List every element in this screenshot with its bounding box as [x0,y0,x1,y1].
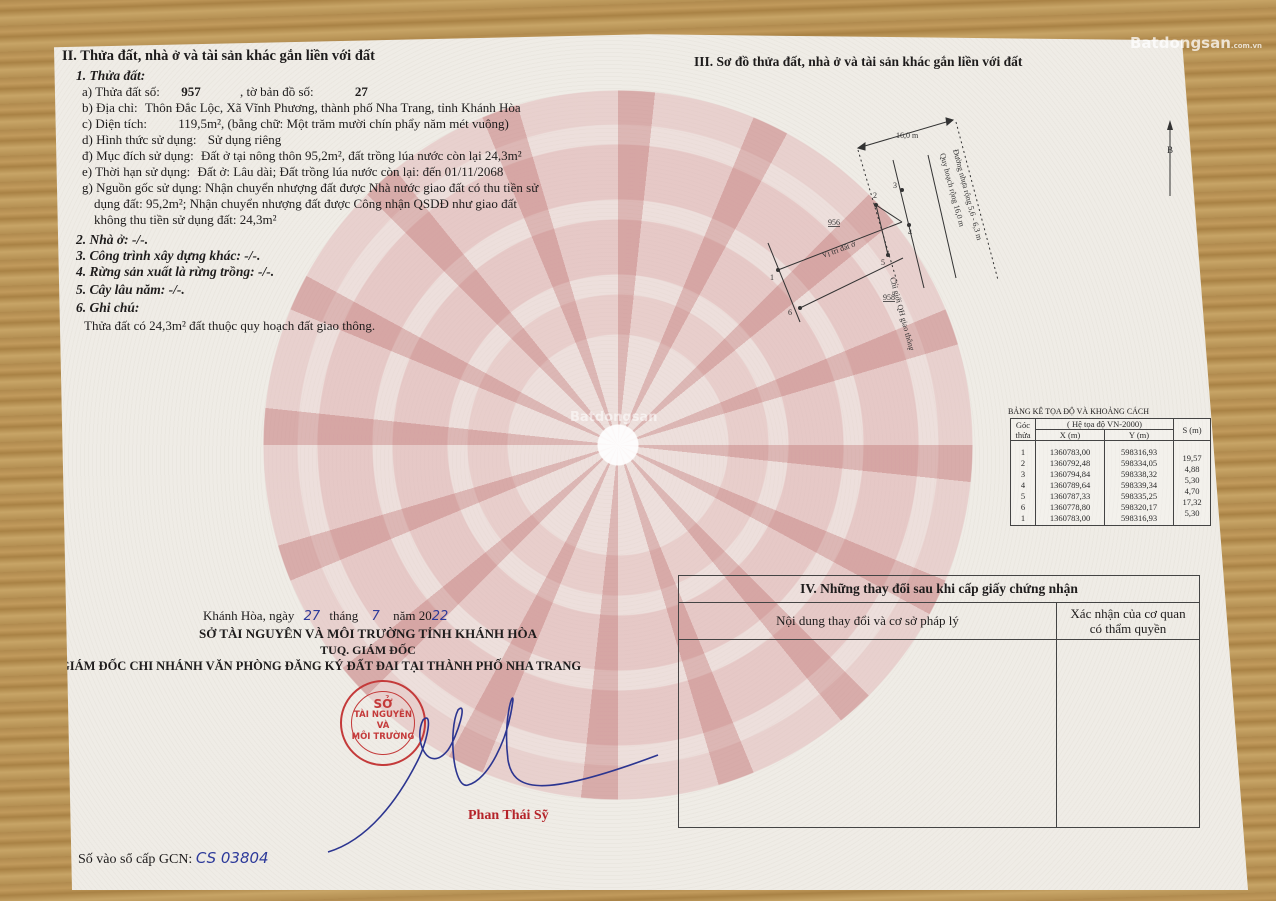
road-width-label: 16,0 m [896,131,919,140]
table-row: 1 2 3 4 5 6 1 1360783,00 1360792,48 1360… [1011,441,1211,526]
note-text: Thửa đất có 24,3m² đất thuộc quy hoạch đ… [84,318,375,334]
item-planted-forest: 4. Rừng sản xuất là rừng trồng: -/-. [76,264,274,280]
col-header-y: Y (m) [1105,430,1174,441]
authority-proxy: TUQ. GIÁM ĐỐC [88,642,648,658]
map-sheet-number: 27 [355,84,368,99]
col-header-corner: Góc thửa [1011,419,1036,441]
address-row: b) Địa chỉ: Thôn Đắc Lộc, Xã Vĩnh Phương… [82,100,521,116]
authority-branch-director: GIÁM ĐỐC CHI NHÁNH VĂN PHÒNG ĐĂNG KÝ ĐẤT… [60,658,581,674]
origin-line-1: g) Nguồn gốc sử dụng: Nhận chuyển nhượng… [82,180,538,196]
area-value: 119,5m², (bằng chữ: Một trăm mười chín p… [178,116,509,131]
issue-date-line: Khánh Hòa, ngày 27 tháng 7 năm 2022 [203,608,448,625]
land-certificate-page: II. Thửa đất, nhà ở và tài sản khác gắn … [48,30,1248,890]
parcel-heading: 1. Thửa đất: [76,68,145,84]
point-5-label: 5 [881,258,885,267]
section-iii-title: III. Sơ đồ thửa đất, nhà ở và tài sản kh… [694,54,1022,70]
point-3-label: 3 [893,181,897,190]
area-row: c) Diện tích: 119,5m², (bằng chữ: Một tr… [82,116,509,132]
changes-confirmation-cell [1057,640,1200,828]
registry-number-row: Số vào sổ cấp GCN: CS 03804 [78,850,269,868]
usage-purpose-value: Đất ở tại nông thôn 95,2m², đất trồng lú… [201,148,522,163]
address-value: Thôn Đắc Lộc, Xã Vĩnh Phương, thành phố … [145,100,521,115]
north-arrow: B [1160,118,1180,198]
neighbor-956-label: 956 [828,218,840,227]
usage-term-row: e) Thời hạn sử dụng: Đất ở: Lâu dài; Đất… [82,164,503,180]
col-header-x: X (m) [1036,430,1105,441]
point-6-label: 6 [788,308,792,317]
item-other-construction: 3. Công trình xây dựng khác: -/-. [76,248,260,264]
planning-boundary-label: Chỉ giới QH giao thông [888,276,916,350]
center-watermark: Batdongsan [570,410,657,425]
point-2-label: 2 [873,191,877,200]
usage-purpose-row: đ) Mục đích sử dụng: Đất ở tại nông thôn… [82,148,522,164]
issue-month: 7 [372,609,380,624]
parcel-number: 957 [181,84,201,99]
north-label: B [1167,145,1173,155]
changes-content-cell [679,640,1057,828]
authority-department: SỞ TÀI NGUYÊN VÀ MÔI TRƯỜNG TỈNH KHÁNH H… [88,626,648,642]
origin-line-3: không thu tiền sử dụng đất: 24,3m² [94,212,276,228]
changes-table: IV. Những thay đổi sau khi cấp giấy chứn… [678,575,1200,828]
changes-col-confirmation: Xác nhận của cơ quan có thẩm quyền [1057,603,1200,640]
changes-title: IV. Những thay đổi sau khi cấp giấy chứn… [679,576,1200,603]
usage-form-row: d) Hình thức sử dụng: Sử dụng riêng [82,132,281,148]
issue-year-suffix: 22 [432,609,449,624]
signature-ink [308,680,668,860]
section-ii-title: II. Thửa đất, nhà ở và tài sản khác gắn … [62,48,375,64]
item-house: 2. Nhà ở: -/-. [76,232,148,248]
origin-line-2: dụng đất: 95,2m²; Nhận chuyển nhượng đất… [94,196,517,212]
point-4-label: 4 [908,228,912,237]
parcel-sketch: 1 2 3 4 5 6 16,0 m 956 958 Vị trí đất ở … [728,110,1008,350]
issue-day: 27 [304,609,321,624]
usage-form-value: Sử dụng riêng [208,132,282,147]
parcel-number-row: a) Thửa đất số: 957 , tờ bản đồ số: 27 [82,84,368,100]
item-notes-heading: 6. Ghi chú: [76,300,139,316]
registry-number: CS 03804 [196,849,269,867]
signer-name: Phan Thái Sỹ [468,808,549,824]
brand-watermark: Batdongsan.com.vn [1130,34,1262,52]
coordinate-table: Góc thửa ( Hệ tọa độ VN-2000) S (m) X (m… [1010,418,1211,526]
col-header-distance: S (m) [1174,419,1211,441]
usage-term-value: Đất ở: Lâu dài; Đất trồng lúa nước còn l… [198,164,504,179]
changes-col-content: Nội dung thay đổi và cơ sở pháp lý [679,603,1057,640]
point-1-label: 1 [770,273,774,282]
item-perennial-trees: 5. Cây lâu năm: -/-. [76,282,185,298]
residential-land-label: Vị trí đất ở [821,239,858,260]
coord-system-header: ( Hệ tọa độ VN-2000) [1036,419,1174,430]
